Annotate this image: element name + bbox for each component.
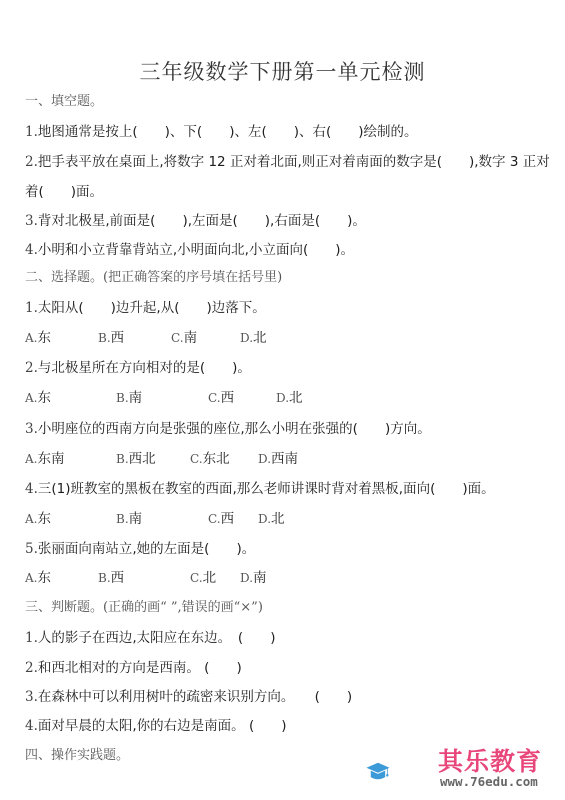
- option-d: D.北: [276, 386, 303, 406]
- option-d: D.北: [258, 507, 285, 527]
- question-text: 小明座位的西南方向是张强的座位,那么小明在张强的( )方向。: [38, 421, 431, 437]
- option-c: C.南: [171, 326, 197, 346]
- question-text: 太阳从( )边升起,从( )边落下。: [38, 300, 266, 316]
- option-c: C.西: [208, 386, 234, 406]
- option-c: C.西: [208, 507, 234, 527]
- page-title: 三年级数学下册第一单元检测: [0, 56, 565, 86]
- option-b: B.南: [116, 507, 142, 527]
- question-number: 2.: [25, 154, 38, 170]
- question-number: 1.: [25, 300, 38, 316]
- question-text: 把手表平放在桌面上,将数字 12 正对着北面,则正对着南面的数字是( ),数字 …: [38, 154, 550, 170]
- question-text: 三(1)班教室的黑板在教室的西面,那么老师讲课时背对着黑板,面向( )面。: [38, 481, 495, 497]
- option-a: A.东南: [25, 447, 64, 467]
- option-b: B.西北: [116, 447, 156, 467]
- question-3-1: 1.人的影子在西边,太阳应在东边。 ( ): [25, 626, 275, 646]
- question-text: 与北极星所在方向相对的是( )。: [38, 360, 251, 376]
- question-text: 面对早晨的太阳,你的右边是南面。 ( ): [38, 718, 287, 734]
- question-text: 背对北极星,前面是( ),左面是( ),右面是( )。: [38, 213, 366, 229]
- option-d: D.北: [240, 326, 267, 346]
- watermark-brand-name: 其乐教育: [438, 742, 542, 778]
- question-number: 4.: [25, 481, 38, 497]
- question-number: 3.: [25, 689, 38, 705]
- graduation-cap-icon: [365, 742, 437, 800]
- question-1-3: 3.背对北极星,前面是( ),左面是( ),右面是( )。: [25, 209, 366, 229]
- question-1-4: 4.小明和小立背靠背站立,小明面向北,小立面向( )。: [25, 238, 354, 258]
- option-a: A.东: [25, 566, 51, 586]
- section-heading-true-false: 三、判断题。(正确的画“ ”,错误的画“×”): [25, 596, 263, 615]
- question-2-4: 4.三(1)班教室的黑板在教室的西面,那么老师讲课时背对着黑板,面向( )面。: [25, 477, 495, 497]
- question-1-1: 1.地图通常是按上( )、下( )、左( )、右( )绘制的。: [25, 120, 418, 140]
- option-b: B.西: [98, 326, 124, 346]
- option-c: C.北: [190, 566, 216, 586]
- question-2-5: 5.张丽面向南站立,她的左面是( )。: [25, 537, 255, 557]
- question-text: 和西北相对的方向是西南。 ( ): [38, 660, 242, 676]
- question-number: 4.: [25, 242, 38, 258]
- option-b: B.西: [98, 566, 124, 586]
- question-number: 2.: [25, 360, 38, 376]
- watermark-url: www.76edu.com: [440, 774, 538, 789]
- question-text: 人的影子在西边,太阳应在东边。 ( ): [38, 630, 276, 646]
- option-d: D.西南: [258, 447, 298, 467]
- question-3-3: 3.在森林中可以利用树叶的疏密来识别方向。 ( ): [25, 685, 352, 705]
- option-b: B.南: [116, 386, 142, 406]
- question-1-2: 2.把手表平放在桌面上,将数字 12 正对着北面,则正对着南面的数字是( ),数…: [25, 150, 550, 170]
- option-a: A.东: [25, 326, 51, 346]
- section-heading-multiple-choice: 二、选择题。(把正确答案的序号填在括号里): [25, 266, 282, 285]
- question-number: 2.: [25, 660, 38, 676]
- question-number: 5.: [25, 541, 38, 557]
- section-heading-practice: 四、操作实践题。: [25, 744, 129, 763]
- question-text: 小明和小立背靠背站立,小明面向北,小立面向( )。: [38, 242, 354, 258]
- section-heading-fill-blank: 一、填空题。: [25, 90, 103, 109]
- question-text: 地图通常是按上( )、下( )、左( )、右( )绘制的。: [38, 124, 418, 140]
- question-1-2-cont: 着( )面。: [25, 180, 103, 200]
- question-number: 1.: [25, 630, 38, 646]
- option-c: C.东北: [190, 447, 230, 467]
- question-2-1: 1.太阳从( )边升起,从( )边落下。: [25, 296, 266, 316]
- question-number: 3.: [25, 213, 38, 229]
- question-text: 张丽面向南站立,她的左面是( )。: [38, 541, 255, 557]
- question-text: 在森林中可以利用树叶的疏密来识别方向。 ( ): [38, 689, 352, 705]
- question-number: 4.: [25, 718, 38, 734]
- question-3-2: 2.和西北相对的方向是西南。 ( ): [25, 656, 242, 676]
- question-number: 1.: [25, 124, 38, 140]
- question-2-2: 2.与北极星所在方向相对的是( )。: [25, 356, 251, 376]
- question-3-4: 4.面对早晨的太阳,你的右边是南面。 ( ): [25, 714, 287, 734]
- option-d: D.南: [240, 566, 267, 586]
- option-a: A.东: [25, 386, 51, 406]
- question-number: 3.: [25, 421, 38, 437]
- question-2-3: 3.小明座位的西南方向是张强的座位,那么小明在张强的( )方向。: [25, 417, 431, 437]
- option-a: A.东: [25, 507, 51, 527]
